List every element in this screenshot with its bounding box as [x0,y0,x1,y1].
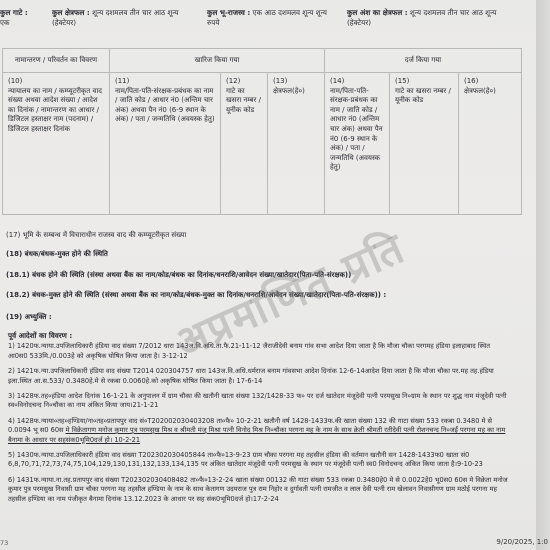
order-item: 3) 1428फ.तह०हंडिया आदेश दिनांक 16-1-21 क… [8,392,508,411]
page-number: 73 [0,539,8,547]
column-header: (12)गाटे का खसरा नम्बर / यूनीक कोड [221,73,268,215]
column-header: (13)क्षेत्रफल(हे०) [268,73,325,215]
document-page: कुल गाटे : एक कुल क्षेत्रफल : शून्य दशमल… [0,0,536,550]
total-plots: कुल गाटे : एक [0,8,44,28]
total-revenue-label: कुल भू-राजस्व : [207,8,250,17]
column-header: (10)न्यायालय का नाम / कम्प्यूटरीकृत वाद … [3,73,110,215]
total-area-label: कुल क्षेत्रफल : [52,8,90,17]
previous-orders: पूर्व आदेशों का विवरण : 1) 1420फ.न्याया.… [8,331,508,504]
column-header: (11)नाम/पिता-पति-संरक्षक-प्रबंधक का नाम … [110,73,221,215]
page-edge [536,0,550,550]
total-revenue: कुल भू-राजस्व : एक आठ दशमलव शून्य शून्य … [207,8,337,28]
group-mutation-header: नामान्तरण / परिवर्तन का विवरण [3,49,110,73]
order-item: 5) 1430फ.न्याया.उपजिलाधिकारी हंडिया वाद … [8,451,508,470]
share-area: कुल अंश का क्षेत्रफल : शून्य दशमलव तीन च… [347,8,497,28]
order-item: 2) 1421फ.न्या.उपजिलाधिकारी हंडिया वाद सं… [8,367,508,386]
order-item: 6) 1431फ.न्याया.ना.तह.प्रतापपुर वाद संख्… [8,476,508,504]
total-plots-label: कुल गाटे : [0,8,28,17]
column-header: (15)गाटे का खसरा नम्बर / यूनीक कोड [390,73,459,215]
order-item: 4) 1428फ.न्याया०तह०हण्डिया/ना०तह०प्रतापप… [8,417,508,445]
mutation-table: नामान्तरण / परिवर्तन का विवरण खारिज किया… [2,48,522,215]
order-item: 1) 1420फ.न्याया.उपजिलाधिकारी हंडिया वाद … [8,342,508,361]
share-area-label: कुल अंश का क्षेत्रफल : [347,8,408,17]
column-header: (14)नाम/पिता-पति-संरक्षक-प्रबंधक का नाम … [325,73,390,215]
print-timestamp: 9/20/2025, 1:0 [496,538,548,546]
total-area: कुल क्षेत्रफल : शून्य दशमलव तीन चार आठ श… [52,8,187,28]
total-plots-value: एक [0,18,10,27]
section-18: (18) बंधक/बंधक-मुक्त होने की स्थिति [6,249,514,259]
group-entered-header: दर्ज किया गया [325,49,522,73]
column-header: (16)क्षेत्रफल(हे०) [459,73,522,215]
section-17: (17) भूमि के सम्बन्ध में विचाराधीन राजस्… [6,230,514,240]
group-removed-header: खारिज किया गया [110,49,325,73]
